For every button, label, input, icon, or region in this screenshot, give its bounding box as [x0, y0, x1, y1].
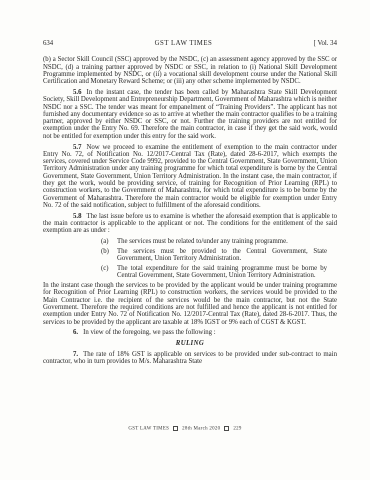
footer-date: 28th March 2020 — [182, 427, 220, 432]
header-volume-label: [ Vol. 34 — [314, 40, 337, 47]
condition-item-b: (b)The services must be provided to the … — [101, 248, 327, 263]
paragraph-text: In the instant case though the services … — [43, 282, 337, 325]
scanned-document-page: 634 GST LAW TIMES [ Vol. 34 (b) a Sector… — [0, 0, 370, 480]
paragraph-number: 5.7 — [73, 144, 82, 151]
paragraph-6: 6.In view of the foregoing, we pass the … — [43, 329, 337, 336]
paragraph-aftermath: In the instant case though the services … — [43, 282, 337, 326]
page-footer: GST LAW TIMES28th March 2020229 — [0, 426, 370, 432]
footer-journal: GST LAW TIMES — [128, 427, 169, 432]
paragraph-7: 7.The rate of 18% GST is applicable on s… — [43, 351, 337, 366]
footer-page-number: 229 — [233, 427, 241, 432]
running-header: 634 GST LAW TIMES [ Vol. 34 — [43, 40, 337, 47]
condition-item-a: (a)The services must be related to/under… — [101, 238, 327, 245]
paragraph-text: The last issue before us to examine is w… — [43, 213, 337, 235]
condition-label: (c) — [101, 265, 113, 272]
paragraph-5-8: 5.8The last issue before us to examine i… — [43, 213, 337, 235]
ruling-heading: RULING — [43, 340, 337, 347]
paragraph-5-7: 5.7Now we proceed to examine the entitle… — [43, 144, 337, 210]
square-separator-icon — [224, 426, 229, 431]
paragraph-text: (b) a Sector Skill Council (SSC) approve… — [43, 56, 337, 85]
square-separator-icon — [173, 426, 178, 431]
condition-item-c: (c)The total expenditure for the said tr… — [101, 265, 327, 280]
condition-label: (b) — [101, 248, 113, 255]
header-journal-title: GST LAW TIMES — [155, 40, 213, 47]
paragraph-text: Now we proceed to examine the entitlemen… — [43, 144, 337, 209]
paragraph-5-6: 5.6In the instant case, the tender has b… — [43, 89, 337, 140]
condition-text: The total expenditure for the said train… — [117, 265, 327, 279]
condition-text: The services must be related to/under an… — [117, 238, 288, 245]
page-content: 634 GST LAW TIMES [ Vol. 34 (b) a Sector… — [43, 40, 337, 369]
paragraph-number: 6. — [73, 329, 78, 336]
paragraph-text: In view of the foregoing, we pass the fo… — [83, 329, 216, 336]
paragraph-text: In the instant case, the tender has been… — [43, 89, 337, 140]
paragraph-number: 5.8 — [73, 213, 82, 220]
condition-text: The services must be provided to the Cen… — [117, 248, 327, 262]
paragraph-text: The rate of 18% GST is applicable on ser… — [43, 351, 337, 365]
paragraph-intro: (b) a Sector Skill Council (SSC) approve… — [43, 56, 337, 85]
header-page-number: 634 — [43, 40, 53, 47]
condition-label: (a) — [101, 238, 113, 245]
paragraph-number: 5.6 — [73, 89, 82, 96]
paragraph-number: 7. — [73, 351, 78, 358]
